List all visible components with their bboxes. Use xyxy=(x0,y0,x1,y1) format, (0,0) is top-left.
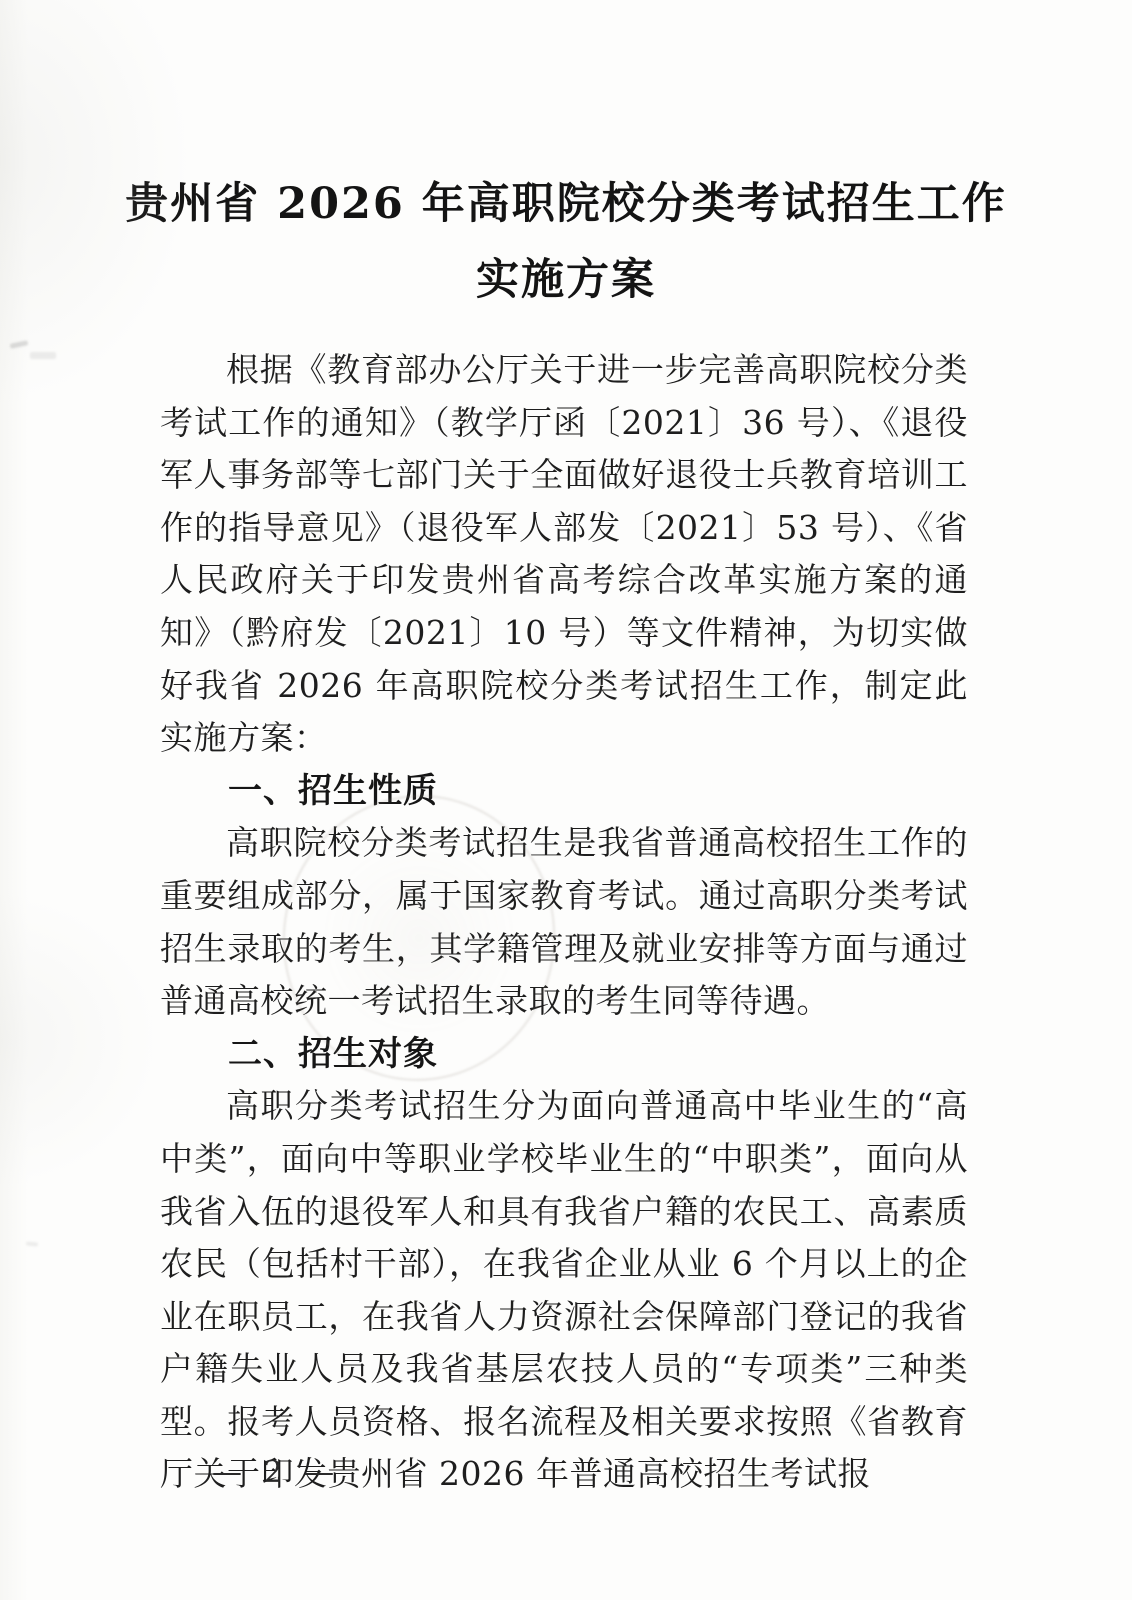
scanned-document-page: 贵州省 2026 年高职院校分类考试招生工作 实施方案 根据《教育部办公厅关于进… xyxy=(0,0,1132,1600)
scan-smudge xyxy=(30,352,56,359)
document-body: 根据《教育部办公厅关于进一步完善高职院校分类考试工作的通知》（教学厅函〔2021… xyxy=(160,344,968,1501)
document-title-line-1: 贵州省 2026 年高职院校分类考试招生工作 xyxy=(0,166,1132,242)
section-2-paragraph: 高职分类考试招生分为面向普通高中毕业生的“高中类”，面向中等职业学校毕业生的“中… xyxy=(160,1080,968,1501)
document-title-line-2: 实施方案 xyxy=(0,242,1132,318)
scan-smudge xyxy=(26,1241,38,1246)
section-heading-1: 一、招生性质 xyxy=(160,765,968,818)
intro-paragraph: 根据《教育部办公厅关于进一步完善高职院校分类考试工作的通知》（教学厅函〔2021… xyxy=(160,344,968,765)
document-title: 贵州省 2026 年高职院校分类考试招生工作 实施方案 xyxy=(0,0,1132,318)
page-number: — 2 — xyxy=(212,1455,340,1490)
section-heading-2: 二、招生对象 xyxy=(160,1028,968,1081)
scan-smudge xyxy=(10,340,29,349)
section-1-paragraph: 高职院校分类考试招生是我省普通高校招生工作的重要组成部分，属于国家教育考试。通过… xyxy=(160,817,968,1027)
